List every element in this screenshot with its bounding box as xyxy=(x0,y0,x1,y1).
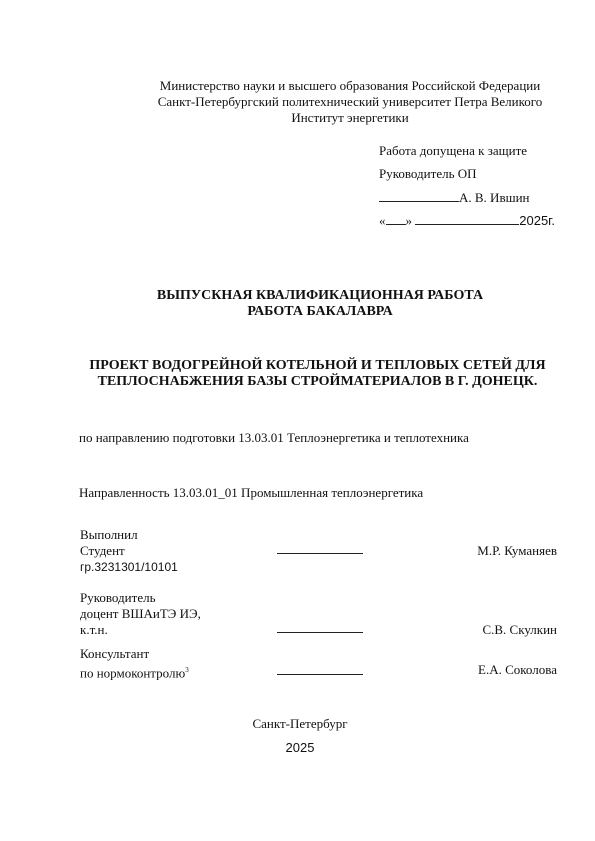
quote-close: » xyxy=(406,213,416,228)
consultant-signature-line xyxy=(277,662,363,675)
approval-block: Работа допущена к защите Руководитель ОП… xyxy=(379,143,555,235)
institute-name: Институт энергетики xyxy=(120,110,580,126)
ministry-name: Министерство науки и высшего образования… xyxy=(120,78,580,94)
day-blank xyxy=(386,212,406,225)
topic-line-1: ПРОЕКТ ВОДОГРЕЙНОЙ КОТЕЛЬНОЙ И ТЕПЛОВЫХ … xyxy=(60,358,575,374)
document-header: Министерство науки и высшего образования… xyxy=(120,78,580,126)
signature-student: Выполнил Студент гр.3231301/10101 xyxy=(80,527,178,575)
student-group: гр.3231301/10101 xyxy=(80,559,178,575)
approval-supervisor-role: Руководитель ОП xyxy=(379,166,555,189)
signature-supervisor: Руководитель доцент ВШАиТЭ ИЭ, к.т.н. xyxy=(80,590,201,638)
role-line: доцент ВШАиТЭ ИЭ, xyxy=(80,606,201,622)
work-type-heading: ВЫПУСКНАЯ КВАЛИФИКАЦИОННАЯ РАБОТА РАБОТА… xyxy=(100,288,540,320)
supervisor-signature-line xyxy=(277,620,363,633)
role-line: Руководитель xyxy=(80,590,201,606)
month-blank xyxy=(415,212,519,225)
footer-city: Санкт-Петербург xyxy=(230,716,370,732)
consultant-name: Е.А. Соколова xyxy=(478,662,557,678)
student-name: М.Р. Куманяев xyxy=(477,543,557,559)
approval-year: 2025г. xyxy=(519,213,555,228)
student-signature-line xyxy=(277,541,363,554)
signature-line xyxy=(379,189,459,202)
degree-type: РАБОТА БАКАЛАВРА xyxy=(100,304,540,320)
role-line: к.т.н. xyxy=(80,622,201,638)
footer-year: 2025 xyxy=(230,740,370,755)
role-line: Консультант xyxy=(80,646,189,662)
approval-signature-row: А. В. Ившин xyxy=(379,189,555,212)
program-profile: Направленность 13.03.01_01 Промышленная … xyxy=(79,485,423,501)
role-line: Выполнил xyxy=(80,527,178,543)
approval-signatory: А. В. Ившин xyxy=(459,190,530,205)
topic-line-2: ТЕПЛОСНАБЖЕНИЯ БАЗЫ СТРОЙМАТЕРИАЛОВ В Г.… xyxy=(60,374,575,390)
thesis-topic: ПРОЕКТ ВОДОГРЕЙНОЙ КОТЕЛЬНОЙ И ТЕПЛОВЫХ … xyxy=(60,358,575,390)
program-direction: по направлению подготовки 13.03.01 Тепло… xyxy=(79,430,469,446)
role-line: Студент xyxy=(80,543,178,559)
footnote-mark: 3 xyxy=(185,666,189,674)
university-name: Санкт-Петербургский политехнический унив… xyxy=(120,94,580,110)
role-line: по нормоконтролю xyxy=(80,665,185,680)
signature-consultant: Консультант по нормоконтролю3 xyxy=(80,646,189,681)
approval-date-row: «» 2025г. xyxy=(379,212,555,235)
work-type: ВЫПУСКНАЯ КВАЛИФИКАЦИОННАЯ РАБОТА xyxy=(100,288,540,304)
supervisor-name: С.В. Скулкин xyxy=(482,622,557,638)
approval-admitted: Работа допущена к защите xyxy=(379,143,555,166)
